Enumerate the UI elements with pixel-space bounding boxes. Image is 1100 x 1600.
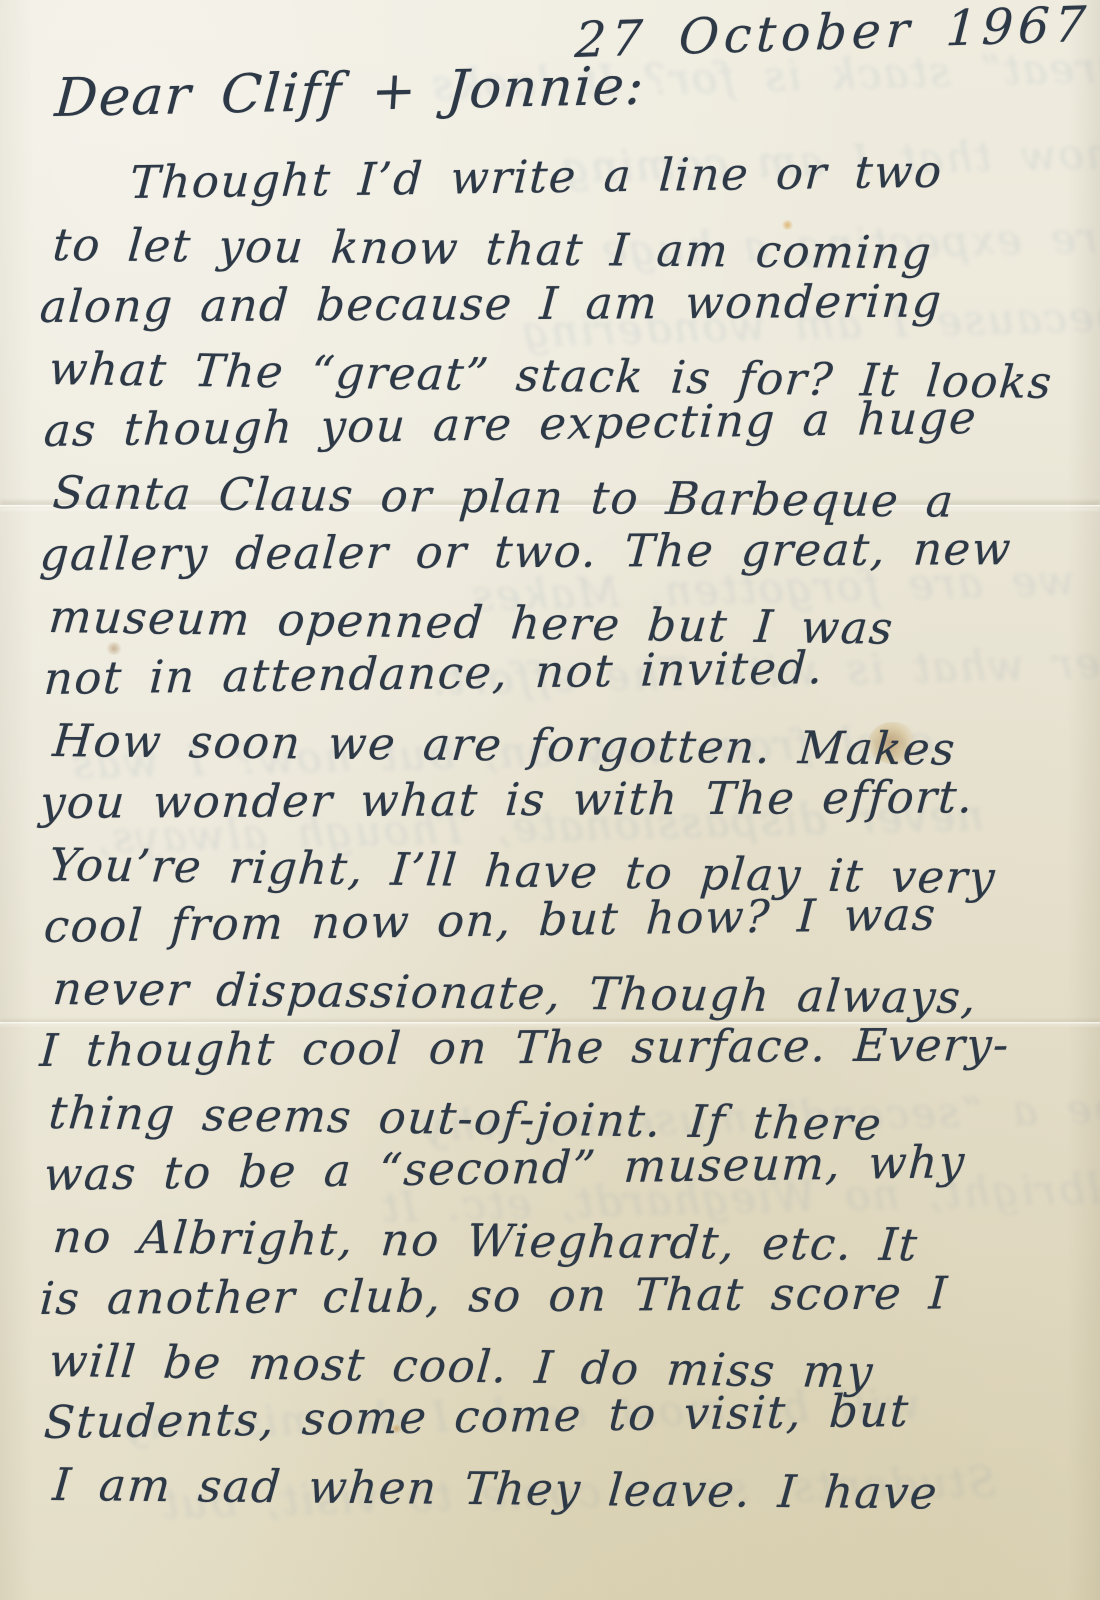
letter-line: along and because I am wondering <box>38 270 1082 338</box>
letter-line: not in attendance, not invited. <box>42 634 1081 711</box>
letter-line: I am sad when They leave. I have <box>51 1454 1083 1526</box>
letter-line: Students, some come to visit, but <box>42 1378 1081 1455</box>
letter-line: is another club, so on That score I <box>38 1262 1082 1330</box>
letter-line: was to be a “second” museum, why <box>42 1130 1081 1207</box>
letter-salutation: Dear Cliff + Jonnie: <box>53 56 647 129</box>
letter-line: cool from now on, but how? I was <box>42 882 1081 959</box>
letter-line: you wonder what is with The effort. <box>38 766 1082 834</box>
letter-line: as though you are expecting a huge <box>42 386 1081 463</box>
letter-body: Thought I’d write a line or two to let y… <box>38 152 1080 1516</box>
letter-line: gallery dealer or two. The great, new <box>38 518 1082 586</box>
letter-line: Thought I’d write a line or two <box>128 139 1081 214</box>
letter-page: what The “great” stack is for? It looks … <box>0 0 1100 1600</box>
letter-line: I thought cool on The surface. Every- <box>38 1014 1082 1082</box>
letter-date: 27 October 1967 <box>573 0 1092 69</box>
